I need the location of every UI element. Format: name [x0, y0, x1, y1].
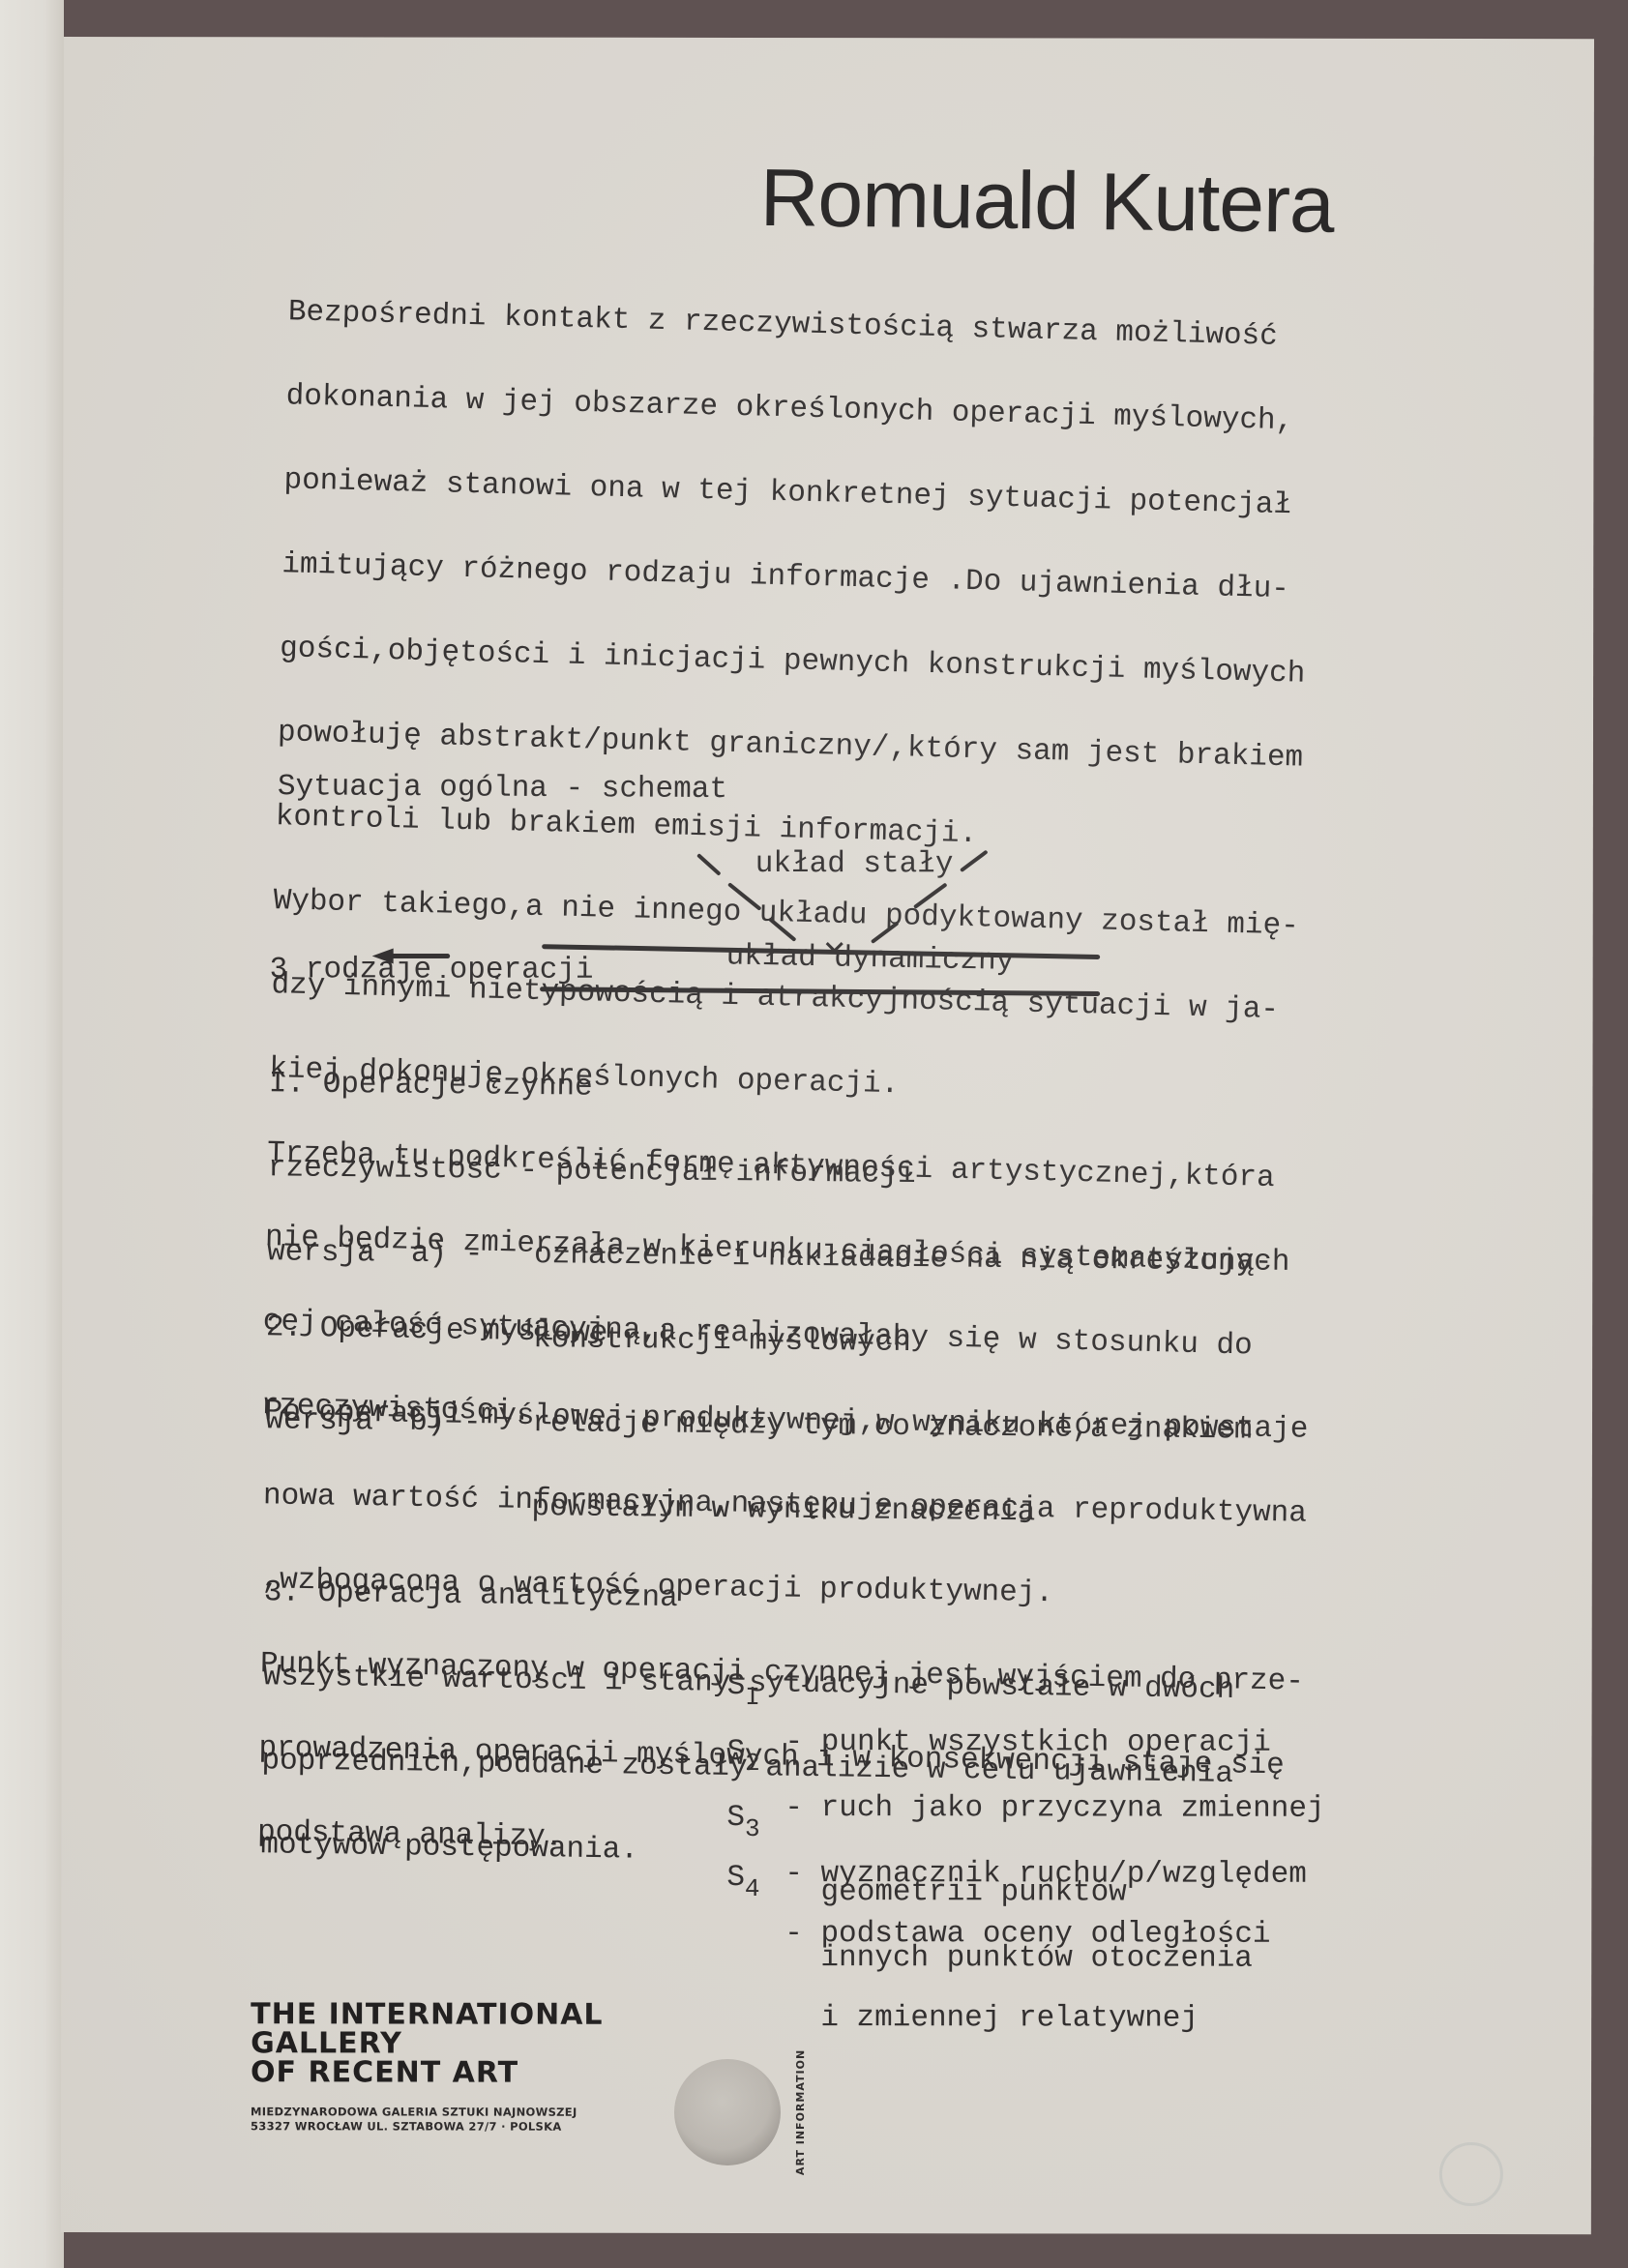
gallery-logo: THE INTERNATIONAL GALLERY OF RECENT ART …: [251, 2000, 792, 2204]
text-line: powołuję abstrakt/punkt graniczny/,który…: [278, 719, 1304, 772]
symbol: S3: [726, 1804, 759, 1840]
page-title: Romuald Kutera: [759, 151, 1334, 251]
symbol-letter: S: [726, 1861, 745, 1895]
section-heading: 2. Operacje myślowe: [266, 1313, 1310, 1359]
dynamic-system-label: układ dynamiczny: [725, 942, 1014, 976]
section-heading: I. Operacje czynne: [269, 1070, 1292, 1108]
symbol-list: SI - punkt wszystkich operacji S2 - ruch…: [726, 1672, 799, 1841]
operations-heading: 3 rodzaje operacji: [270, 956, 594, 984]
art-information-label: ART INFORMATION: [794, 2049, 807, 2175]
text-line: imitujący różnego rodzaju informacje .Do…: [281, 550, 1308, 604]
section-heading: 3. Operacja analityczna: [264, 1578, 1236, 1620]
section-subheading: rzeczywistość - potencjał informacji: [268, 1154, 1291, 1193]
symbol-letter: S: [727, 1735, 746, 1769]
text-line: ponieważ stanowi ona w tej konkretnej sy…: [283, 466, 1310, 519]
symbol: S4: [726, 1864, 759, 1900]
symbol-letter: S: [726, 1801, 745, 1835]
symbol-text: - podstawa oceny odległości i zmiennej r…: [784, 1864, 1271, 2089]
symbol-index: 4: [745, 1874, 760, 1903]
text-line: - podstawa oceny odległości: [784, 1920, 1270, 1949]
symbol: SI: [727, 1672, 760, 1708]
text-line: gości,objętości i inicjacji pewnych kons…: [280, 634, 1306, 688]
document-page: Romuald Kutera Bezpośredni kontakt z rze…: [61, 37, 1594, 2234]
symbol-index: 3: [745, 1814, 760, 1843]
text-line: dokonania w jej obszarze określonych ope…: [285, 382, 1312, 435]
faint-stamp-mark: [1439, 2142, 1503, 2206]
symbol-item: S4 - podstawa oceny odległości i zmienne…: [726, 1864, 1404, 1977]
symbol-index: 2: [745, 1749, 760, 1778]
text-line: Po operacji myślowej produktywnej,w wyni…: [264, 1398, 1308, 1443]
text-line: Bezpośredni kontakt z rzeczywistością st…: [288, 298, 1315, 351]
text-line: i zmiennej relatywnej: [784, 2004, 1270, 2033]
disc-icon: [674, 2059, 781, 2165]
schema-lines: [305, 830, 1175, 1024]
adjacent-page-edge: [0, 0, 64, 2268]
symbol-letter: S: [727, 1669, 746, 1703]
fixed-system-label: układ stały: [755, 850, 954, 878]
text-line: nowa wartość informacyjna,następuje oper…: [263, 1482, 1307, 1527]
symbol-index: I: [745, 1683, 760, 1712]
symbol: S2: [726, 1738, 759, 1774]
schema-diagram: układ stały układ dynamiczny: [305, 830, 1175, 1024]
schema-label: Sytuacja ogólna - schemat: [278, 773, 727, 804]
